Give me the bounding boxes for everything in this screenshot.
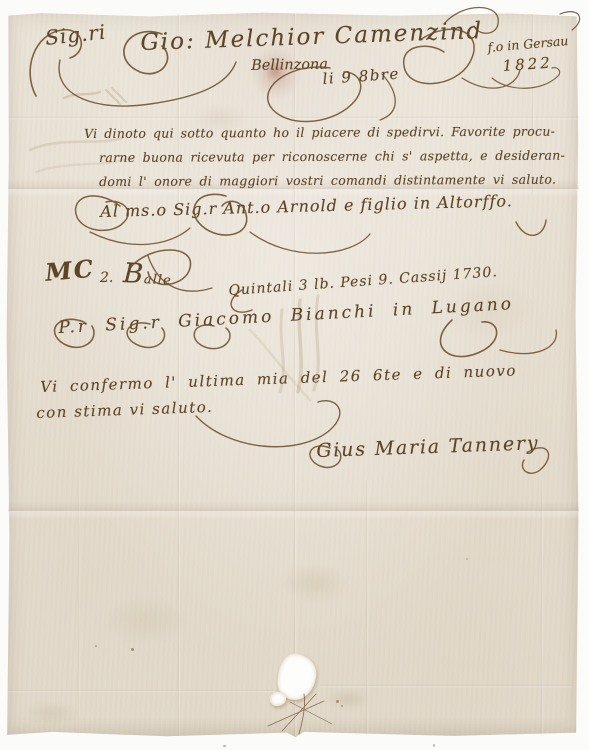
border-speck [223, 745, 226, 747]
ink-speck [336, 700, 339, 703]
consignment-mark: MC [44, 254, 96, 287]
age-stain [10, 698, 90, 728]
place-line: Bellinzona [251, 57, 328, 74]
body-line-1: Vi dinoto qui sotto quanto ho il piacere… [84, 124, 555, 141]
body-line-3: domi l' onore di maggiori vostri comandi… [99, 172, 556, 189]
ink-speck [131, 648, 134, 651]
border-speck [433, 744, 435, 747]
ink-speck [95, 645, 97, 647]
docket-year: 1822 [502, 53, 553, 74]
age-stain [90, 590, 200, 650]
consignment-quantity: 2. [100, 270, 113, 286]
ink-speck [341, 705, 343, 707]
body-line-2: rarne buona ricevuta per riconoscerne ch… [99, 148, 565, 165]
age-stain [318, 686, 378, 712]
fold-crease-vertical [77, 480, 81, 736]
ink-speck [466, 558, 468, 560]
scanned-letter-image: Sig.ri Gio: Melchior Camenzind f.o in Ge… [0, 0, 589, 750]
consignment-unit: Balle [122, 258, 172, 292]
age-stain [270, 558, 360, 608]
fold-crease-vertical [540, 480, 544, 736]
fold-crease-horizontal [8, 689, 278, 693]
